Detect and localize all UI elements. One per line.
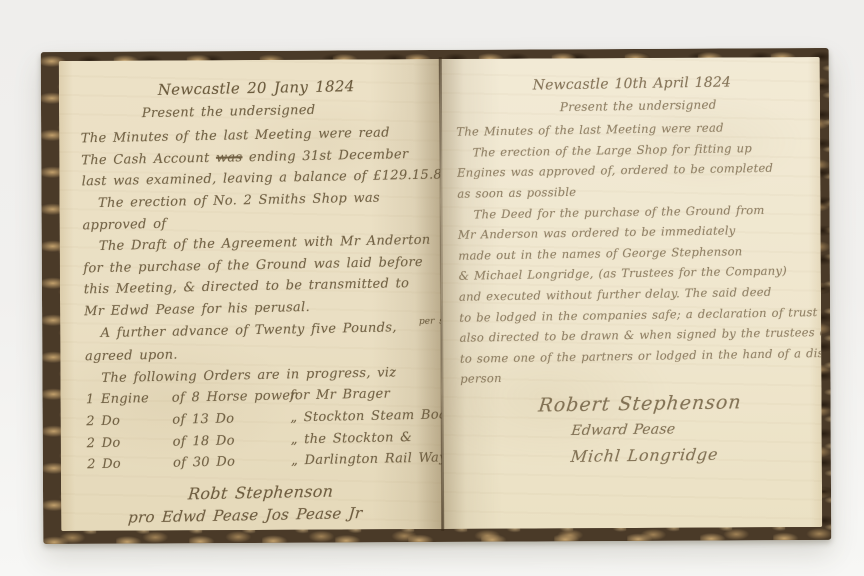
order-qty: 2 Do <box>86 410 172 433</box>
page-edge-stack <box>47 438 62 536</box>
signature: Michl Longridge <box>466 440 821 472</box>
left-page: Newcastle 20 Jany 1824 Present the under… <box>59 59 442 531</box>
advance-line-pre: A further advance of Twenty five Pounds, <box>100 320 403 341</box>
order-power: of 18 Do <box>172 429 290 453</box>
photo-background: Newcastle 20 Jany 1824 Present the under… <box>0 0 864 576</box>
cash-line-pre: The Cash Account <box>81 151 216 169</box>
page-spread: Newcastle 20 Jany 1824 Present the under… <box>59 57 822 531</box>
order-dest: for Mr Brager <box>290 383 439 407</box>
right-page-text: Newcastle 10th April 1824 Present the un… <box>455 71 815 526</box>
orders-list: 1 Engine of 8 Horse power for Mr Brager … <box>86 383 440 476</box>
right-page: Newcastle 10th April 1824 Present the un… <box>439 57 822 529</box>
left-page-text: Newcastle 20 Jany 1824 Present the under… <box>80 75 441 530</box>
left-signature-block: Robt Stephenson pro Edwd Pease Jos Pease… <box>141 477 442 531</box>
open-minute-book: Newcastle 20 Jany 1824 Present the under… <box>41 48 832 544</box>
right-page-subheading: Present the undersigned <box>461 93 814 119</box>
inserted-above-line: per share <box>403 311 442 334</box>
order-qty: 1 Engine <box>86 388 172 411</box>
order-power: of 13 Do <box>172 407 290 431</box>
order-power: of 30 Do <box>173 450 291 474</box>
order-power: of 8 Horse power <box>172 386 290 410</box>
cash-line-post: ending 31st December <box>242 147 408 165</box>
struck-word: was <box>216 150 243 166</box>
order-qty: 2 Do <box>87 453 173 476</box>
order-dest: „ the Stockton & <box>290 426 439 450</box>
order-dest: „ Darlington Rail Ways <box>291 447 442 472</box>
order-dest: „ Stockton Steam Boat <box>290 404 442 429</box>
right-signature-block: Robert Stephenson Edward Pease Michl Lon… <box>456 388 817 472</box>
order-qty: 2 Do <box>87 431 173 454</box>
